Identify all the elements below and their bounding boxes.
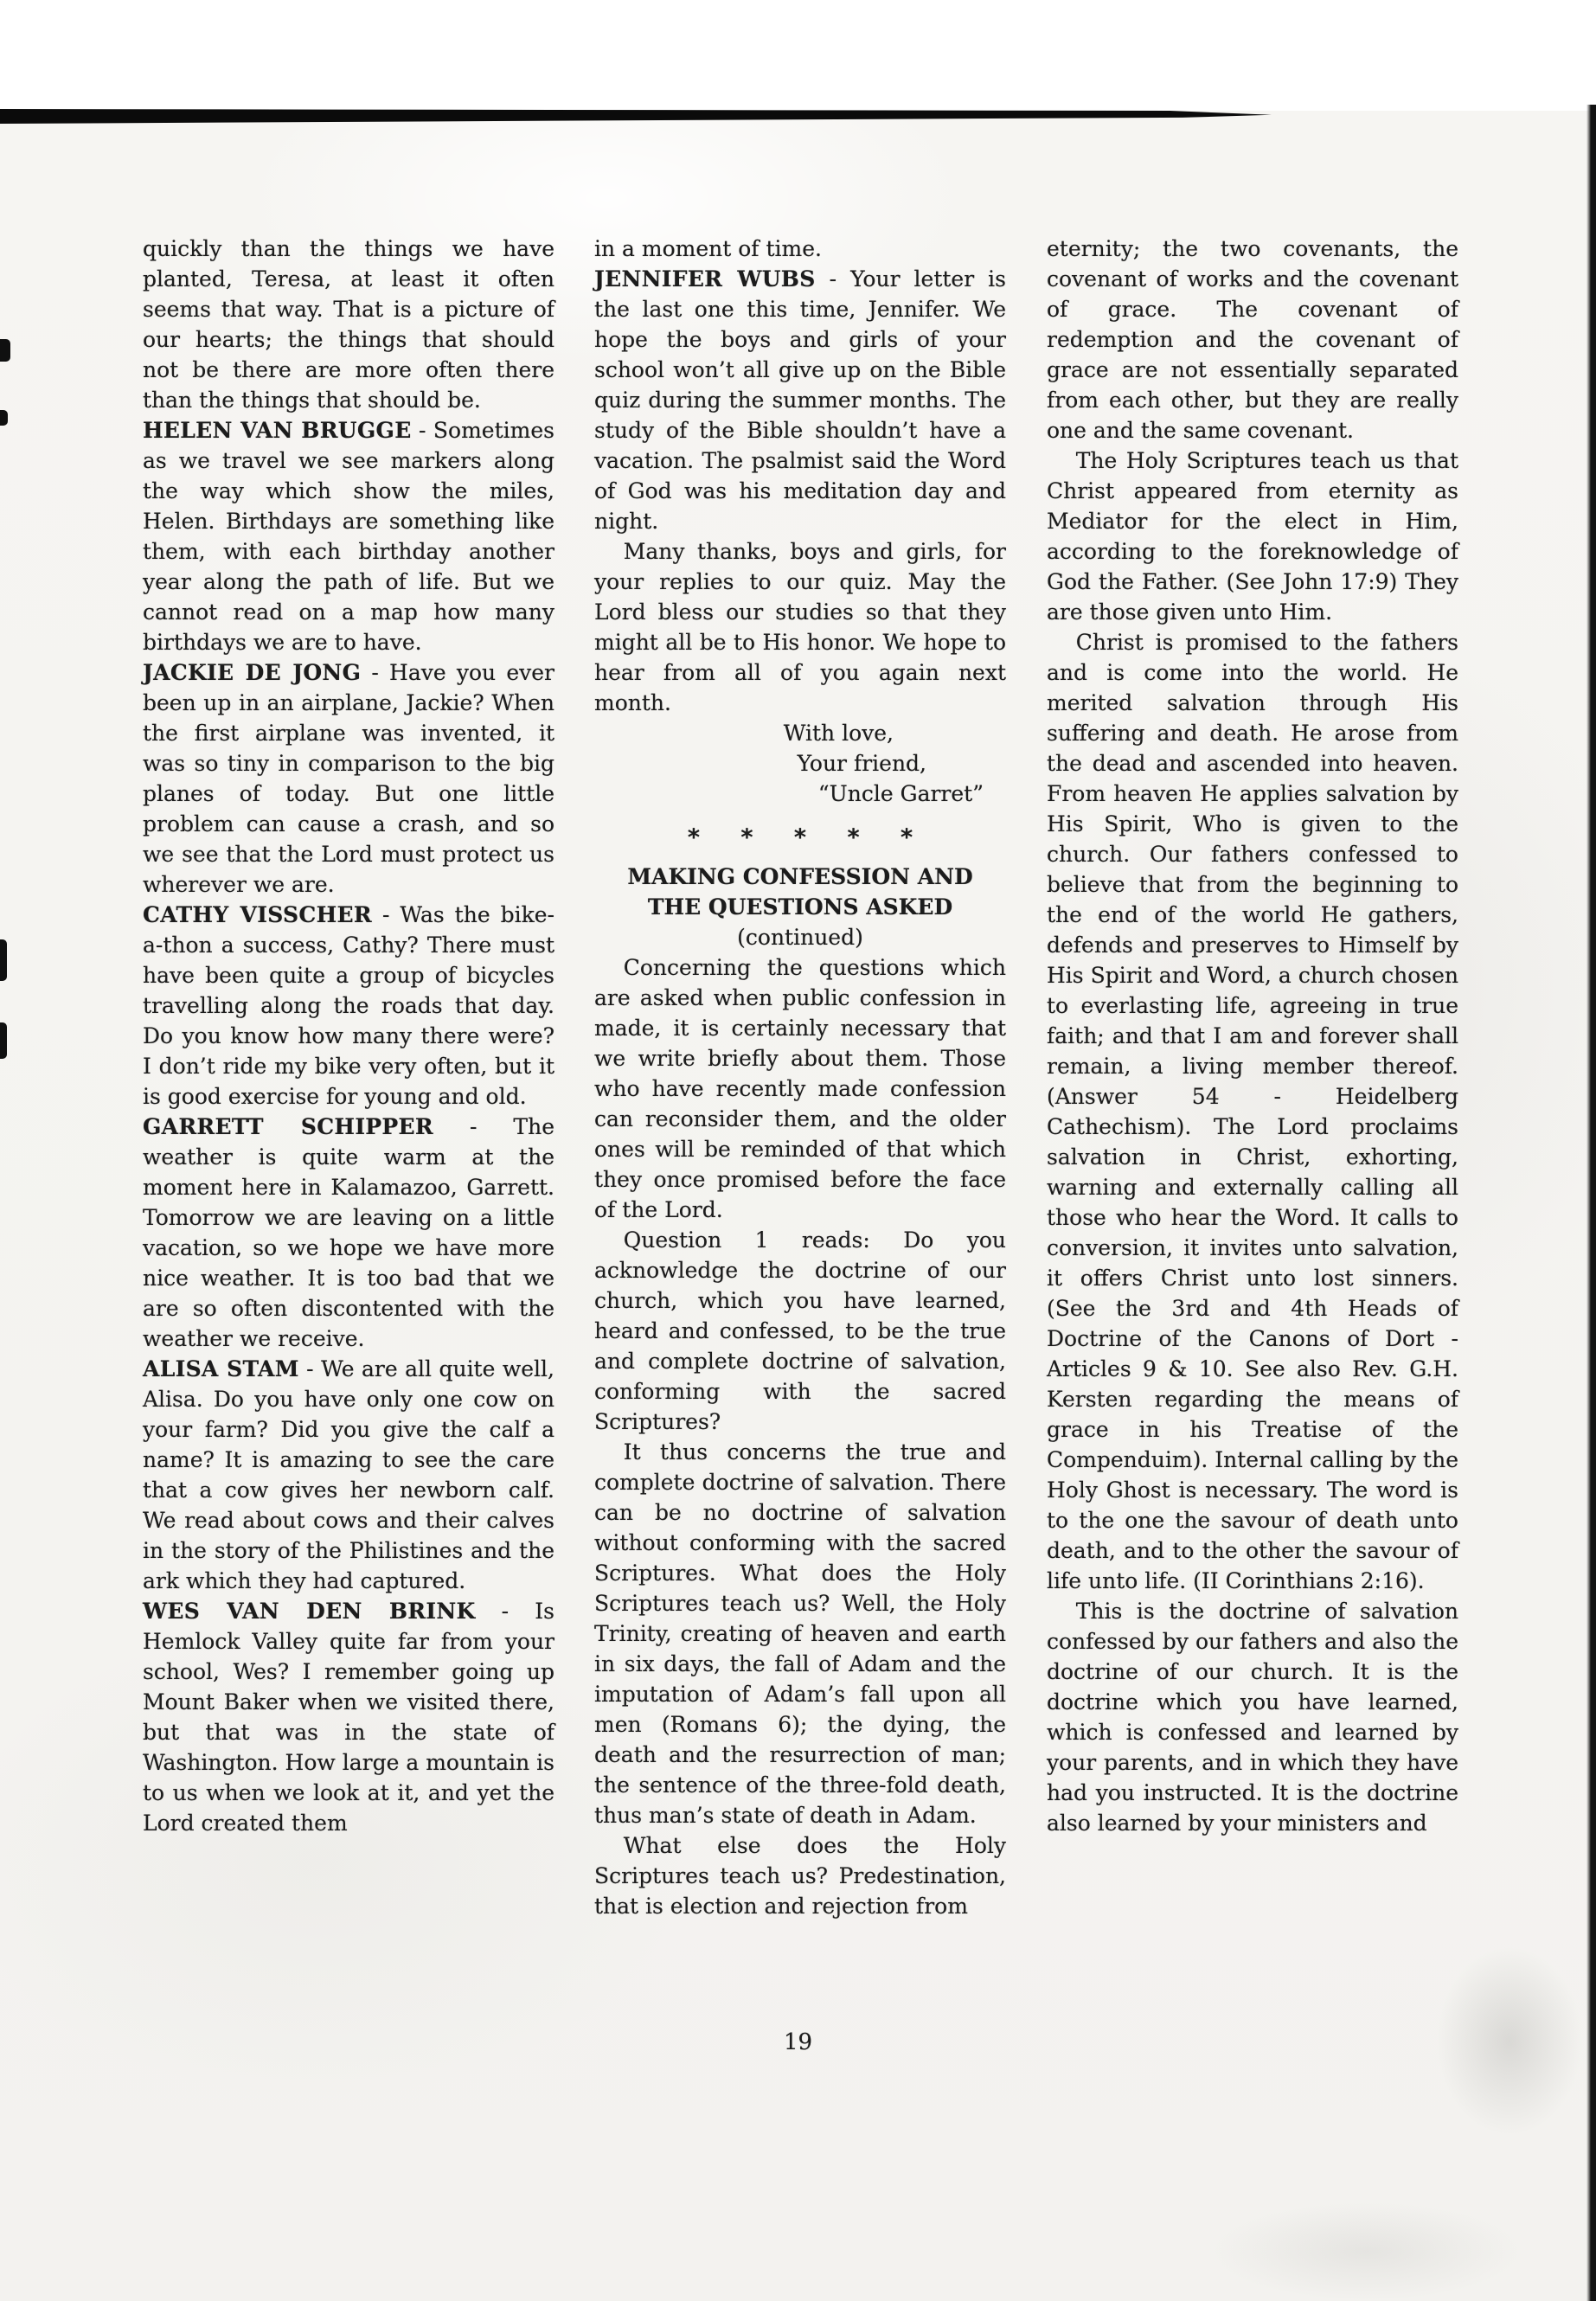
correspondent-name: ALISA STAM [143,1356,299,1381]
paragraph: Concerning the questions which are asked… [594,952,1006,1225]
page-number: 19 [0,2029,1596,2055]
column-middle: in a moment of time.JENNIFER WUBS - Your… [594,234,1006,1921]
paragraph: The Holy Scriptures teach us that Christ… [1047,445,1458,627]
paragraph: It thus concerns the true and complete d… [594,1437,1006,1830]
paragraph: * * * * * [594,823,1006,853]
scanned-page: quickly than the things we have planted,… [0,0,1596,2301]
correspondent-name: JACKIE DE JONG [143,660,361,685]
paragraph: This is the doctrine of salvation confes… [1047,1596,1458,1838]
paragraph: HELEN VAN BRUGGE - Sometimes as we trave… [143,415,554,657]
paragraph: Many thanks, boys and girls, for your re… [594,536,1006,718]
paragraph: WES VAN DEN BRINK - Is Hemlock Valley qu… [143,1596,554,1838]
correspondent-name: JENNIFER WUBS [594,266,816,292]
article-title-line-2: THE QUESTIONS ASKED [594,892,1006,922]
paragraph: What else does the Holy Scriptures teach… [594,1830,1006,1921]
article-continued-note: (continued) [594,922,1006,952]
correspondent-name: CATHY VISSCHER [143,902,372,927]
scan-artifact-left-mark [0,1022,7,1059]
column-left: quickly than the things we have planted,… [143,234,554,1838]
scan-artifact-right-edge [1586,105,1596,2301]
correspondent-name: GARRETT SCHIPPER [143,1114,433,1139]
paragraph: JENNIFER WUBS - Your letter is the last … [594,264,1006,536]
paragraph: Your friend, [594,748,1006,779]
scan-artifact-left-mark [0,939,7,981]
paragraph: Question 1 reads: Do you acknowledge the… [594,1225,1006,1437]
scan-artifact-left-mark [0,339,10,362]
paragraph: With love, [594,718,1006,748]
scan-artifact-left-mark [0,410,8,426]
paragraph: JACKIE DE JONG - Have you ever been up i… [143,657,554,900]
paragraph: Christ is promised to the fathers and is… [1047,627,1458,1596]
paragraph: quickly than the things we have planted,… [143,234,554,415]
scan-artifact-smudge [1211,2202,1522,2301]
paragraph: eternity; the two covenants, the covenan… [1047,234,1458,445]
paragraph: GARRETT SCHIPPER - The weather is quite … [143,1112,554,1354]
paragraph: CATHY VISSCHER - Was the bike-a-thon a s… [143,900,554,1112]
correspondent-name: WES VAN DEN BRINK [143,1599,476,1624]
column-right: eternity; the two covenants, the covenan… [1047,234,1458,1838]
paragraph: ALISA STAM - We are all quite well, Alis… [143,1354,554,1596]
paragraph: in a moment of time. [594,234,1006,264]
article-title-line-1: MAKING CONFESSION AND [594,862,1006,892]
paragraph: “Uncle Garret” [594,779,1006,809]
correspondent-name: HELEN VAN BRUGGE [143,418,412,443]
